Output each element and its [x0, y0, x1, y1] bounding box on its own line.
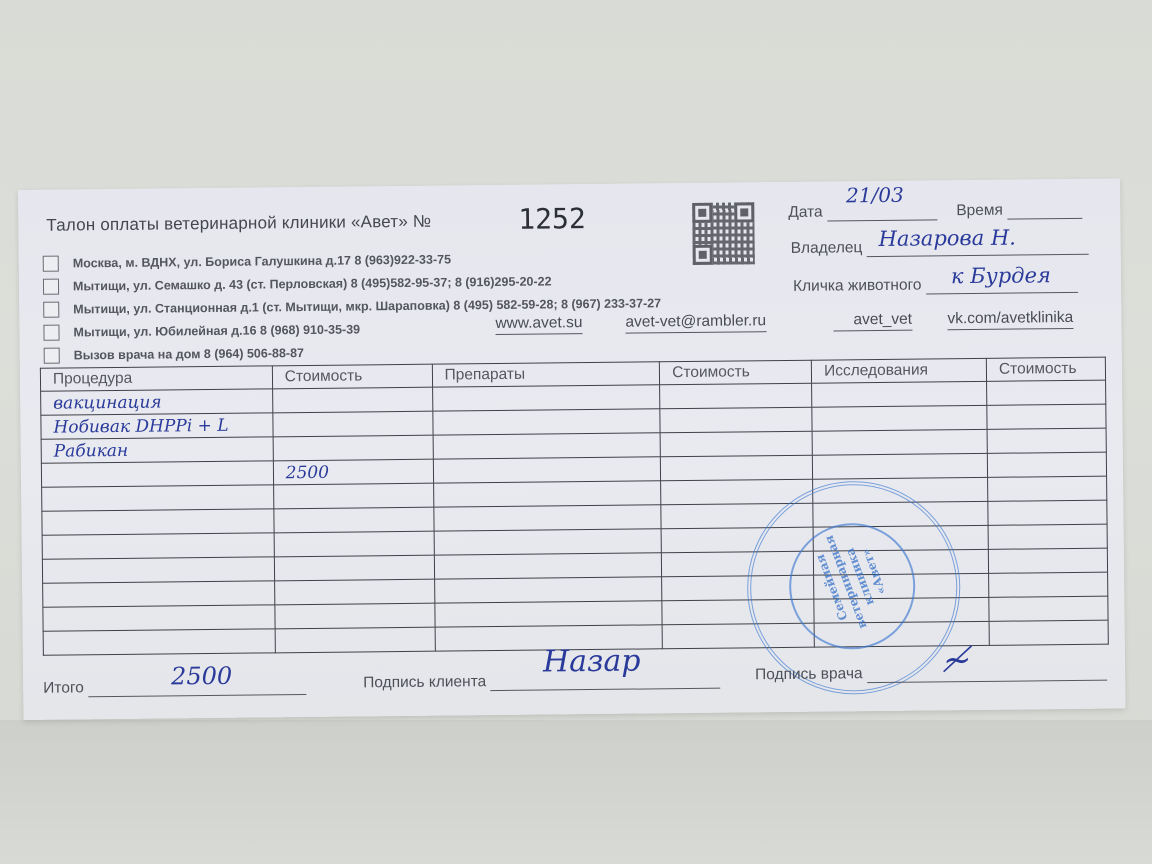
instagram-link[interactable]: avet_vet [833, 311, 912, 332]
table-cell[interactable] [988, 548, 1107, 573]
clinic-addresses: Москва, м. ВДНХ, ул. Бориса Галушкина д.… [43, 245, 662, 366]
table-cell[interactable] [433, 457, 661, 483]
table-cell[interactable] [812, 405, 987, 431]
table-cell[interactable] [272, 387, 432, 413]
table-cell[interactable] [275, 603, 435, 629]
time-label: Время [956, 202, 1003, 219]
address-label: Мытищи, ул. Семашко д. 43 (ст. Перловска… [73, 274, 552, 293]
table-cell[interactable]: Нобивак DHPPi + L [41, 413, 273, 439]
table-cell[interactable] [434, 553, 662, 579]
clinic-stamp: Семейная ветеринарная клиника «Авет» [746, 480, 961, 695]
table-cell[interactable] [987, 428, 1106, 453]
pet-name-label: Кличка животного [793, 277, 922, 295]
table-cell[interactable] [274, 531, 434, 557]
owner-label: Владелец [791, 239, 863, 257]
table-cell[interactable] [274, 507, 434, 533]
client-signature: Назар [543, 644, 641, 680]
table-cell[interactable] [989, 620, 1108, 645]
table-cell[interactable] [989, 572, 1108, 597]
table-cell[interactable] [434, 529, 662, 555]
table-cell[interactable] [987, 404, 1106, 429]
doctor-signature-label: Подпись врача [755, 665, 863, 683]
doctor-signature: ≁ [943, 640, 972, 680]
client-signature-label: Подпись клиента [363, 673, 486, 691]
table-cell[interactable]: вакцинация [41, 389, 273, 415]
address-label: Мытищи, ул. Станционная д.1 (ст. Мытищи,… [73, 296, 661, 316]
address-label: Москва, м. ВДНХ, ул. Бориса Галушкина д.… [73, 252, 451, 270]
table-cell[interactable]: 2500 [273, 459, 433, 485]
table-cell[interactable] [812, 453, 987, 479]
doctor-signature-field[interactable]: Подпись врача [755, 663, 1107, 685]
table-cell[interactable] [987, 380, 1106, 405]
table-cell[interactable] [433, 433, 661, 459]
date-value: 21/03 [846, 183, 904, 208]
ticket-number: 1252 [518, 202, 586, 236]
checkbox-icon[interactable] [43, 301, 59, 317]
table-cell[interactable] [273, 483, 433, 509]
table-cell[interactable] [660, 383, 812, 409]
table-cell[interactable] [42, 557, 274, 583]
qr-code-icon [692, 202, 755, 265]
table-cell[interactable] [274, 579, 434, 605]
table-cell[interactable] [275, 627, 435, 653]
table-cell[interactable] [43, 629, 275, 655]
table-cell[interactable] [989, 596, 1108, 621]
table-cell[interactable] [274, 555, 434, 581]
website-link[interactable]: www.avet.su [495, 314, 582, 335]
table-cell[interactable] [43, 581, 275, 607]
date-label: Дата [788, 204, 823, 221]
table-cell[interactable]: Рабикан [41, 437, 273, 463]
ticket-title: Талон оплаты ветеринарной клиники «Авет»… [46, 212, 431, 236]
table-cell[interactable] [433, 481, 661, 507]
vk-link[interactable]: vk.com/avetklinika [947, 309, 1073, 330]
column-header: Исследования [811, 358, 986, 383]
total-value: 2500 [171, 662, 232, 691]
client-signature-field[interactable]: Подпись клиента [363, 671, 721, 693]
table-cell[interactable] [433, 505, 661, 531]
owner-value: Назарова Н. [878, 226, 1016, 251]
payment-ticket: Талон оплаты ветеринарной клиники «Авет»… [18, 178, 1125, 720]
address-label: Вызов врача на дом 8 (964) 506-88-87 [74, 346, 304, 362]
checkbox-icon[interactable] [43, 278, 59, 294]
table-cell[interactable] [434, 577, 662, 603]
column-header: Препараты [432, 362, 660, 387]
table-cell[interactable] [432, 385, 660, 411]
table-cell[interactable] [988, 500, 1107, 525]
table-cell[interactable] [434, 601, 662, 627]
checkbox-icon[interactable] [43, 255, 59, 271]
total-label: Итого [43, 679, 84, 696]
column-header: Стоимость [272, 364, 432, 389]
table-cell[interactable] [42, 485, 274, 511]
table-cell[interactable] [988, 524, 1107, 549]
table-cell[interactable] [273, 411, 433, 437]
checkbox-icon[interactable] [43, 324, 59, 340]
table-cell[interactable] [812, 429, 987, 455]
table-cell[interactable] [812, 381, 987, 407]
table-cell[interactable] [432, 409, 660, 435]
checkbox-icon[interactable] [44, 347, 60, 363]
table-cell[interactable] [42, 533, 274, 559]
column-header: Процедура [40, 366, 272, 391]
email-link[interactable]: avet-vet@rambler.ru [625, 312, 766, 333]
table-cell[interactable] [661, 455, 813, 481]
time-field[interactable]: Время [956, 201, 1082, 220]
table-cell[interactable] [987, 452, 1106, 477]
ticket-footer: Итого 2500 Подпись клиента Назар Подпись… [43, 668, 1123, 679]
column-header: Стоимость [986, 357, 1105, 381]
table-cell[interactable] [988, 476, 1107, 501]
table-cell[interactable] [660, 431, 812, 457]
table-cell[interactable] [273, 435, 433, 461]
pet-name-value: к Бурдея [951, 263, 1051, 288]
table-shadow [0, 720, 1152, 864]
table-cell[interactable] [41, 461, 273, 487]
address-label: Мытищи, ул. Юбилейная д.16 8 (968) 910-3… [73, 322, 360, 339]
table-cell[interactable] [43, 605, 275, 631]
table-cell[interactable] [42, 509, 274, 535]
table-cell[interactable] [660, 407, 812, 433]
column-header: Стоимость [660, 360, 812, 385]
